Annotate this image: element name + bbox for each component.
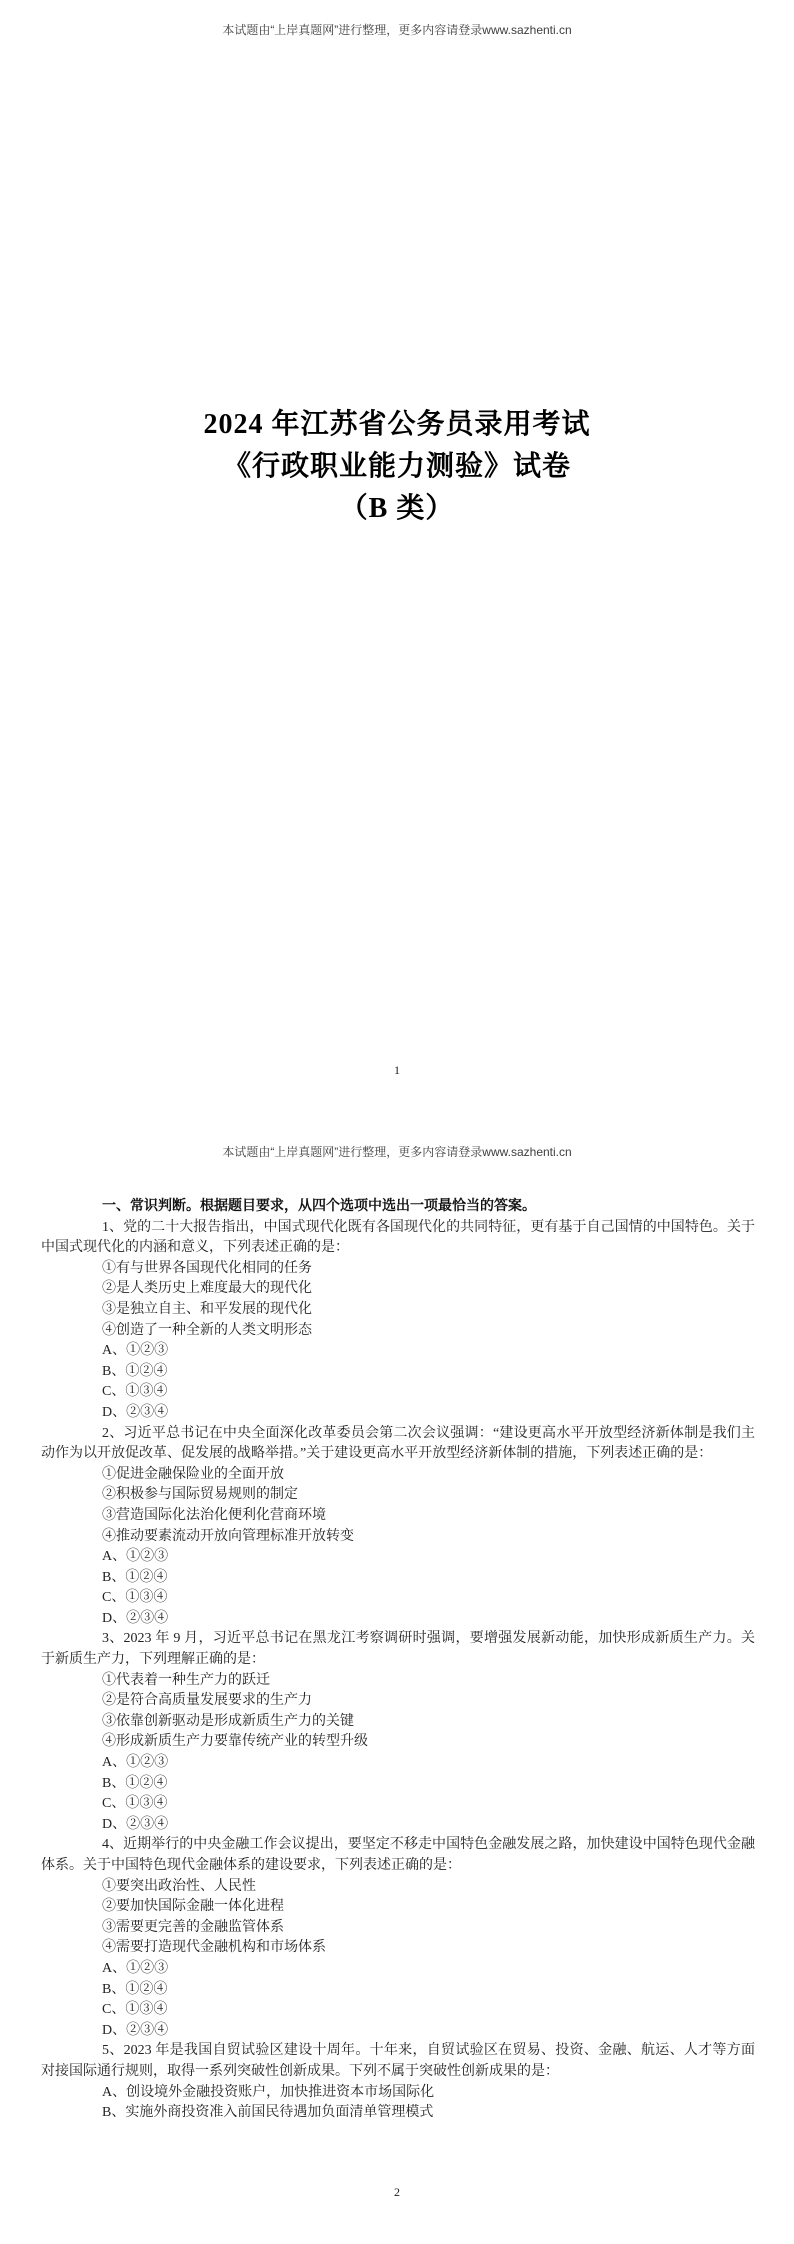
- question-3-option-b: B、①②④: [41, 1774, 755, 1795]
- page-number-2: 2: [0, 2184, 794, 2200]
- question-2-option-b: B、①②④: [41, 1568, 755, 1589]
- question-4-stem: 4、近期举行的中央金融工作会议提出，要坚定不移走中国特色金融发展之路，加快建设中…: [41, 1835, 755, 1876]
- question-3-statement-2: ②是符合高质量发展要求的生产力: [41, 1691, 755, 1712]
- question-2-statement-1: ①促进金融保险业的全面开放: [41, 1465, 755, 1486]
- question-2-statement-3: ③营造国际化法治化便利化营商环境: [41, 1506, 755, 1527]
- document-title: 2024 年江苏省公务员录用考试 《行政职业能力测验》试卷 （B 类）: [0, 404, 794, 530]
- section-heading: 一、常识判断。根据题目要求，从四个选项中选出一项最恰当的答案。: [41, 1197, 755, 1218]
- question-1-option-d: D、②③④: [41, 1403, 755, 1424]
- question-3-statement-1: ①代表着一种生产力的跃迁: [41, 1671, 755, 1692]
- question-3-statement-4: ④形成新质生产力要靠传统产业的转型升级: [41, 1732, 755, 1753]
- question-1-statement-2: ②是人类历史上难度最大的现代化: [41, 1279, 755, 1300]
- question-4-statement-2: ②要加快国际金融一体化进程: [41, 1897, 755, 1918]
- question-4-option-d: D、②③④: [41, 2021, 755, 2042]
- source-note: 本试题由“上岸真题网”进行整理，更多内容请登录www.sazhenti.cn: [0, 22, 794, 38]
- question-3-option-d: D、②③④: [41, 1815, 755, 1836]
- source-note-2: 本试题由“上岸真题网”进行整理，更多内容请登录www.sazhenti.cn: [0, 1144, 794, 1160]
- question-3-option-a: A、①②③: [41, 1753, 755, 1774]
- question-3-stem: 3、2023 年 9 月，习近平总书记在黑龙江考察调研时强调，要增强发展新动能，…: [41, 1629, 755, 1670]
- question-4-statement-3: ③需要更完善的金融监管体系: [41, 1918, 755, 1939]
- question-1-stem: 1、党的二十大报告指出，中国式现代化既有各国现代化的共同特征，更有基于自己国情的…: [41, 1218, 755, 1259]
- question-5-stem: 5、2023 年是我国自贸试验区建设十周年。十年来，自贸试验区在贸易、投资、金融…: [41, 2041, 755, 2082]
- question-2-statement-4: ④推动要素流动开放向管理标准开放转变: [41, 1527, 755, 1548]
- question-4-statement-1: ①要突出政治性、人民性: [41, 1877, 755, 1898]
- page-2: 本试题由“上岸真题网”进行整理，更多内容请登录www.sazhenti.cn 一…: [0, 1122, 794, 2244]
- question-1-statement-4: ④创造了一种全新的人类文明形态: [41, 1321, 755, 1342]
- page-number-1: 1: [0, 1062, 794, 1078]
- title-line-2: 《行政职业能力测验》试卷: [0, 446, 794, 488]
- question-1-option-b: B、①②④: [41, 1362, 755, 1383]
- question-5-option-a: A、创设境外金融投资账户，加快推进资本市场国际化: [41, 2083, 755, 2104]
- question-2-option-c: C、①③④: [41, 1588, 755, 1609]
- question-4-statement-4: ④需要打造现代金融机构和市场体系: [41, 1938, 755, 1959]
- question-1-option-c: C、①③④: [41, 1382, 755, 1403]
- exam-body: 一、常识判断。根据题目要求，从四个选项中选出一项最恰当的答案。 1、党的二十大报…: [41, 1197, 755, 2124]
- question-3-option-c: C、①③④: [41, 1794, 755, 1815]
- question-4-option-a: A、①②③: [41, 1959, 755, 1980]
- page-1: 本试题由“上岸真题网”进行整理，更多内容请登录www.sazhenti.cn 2…: [0, 0, 794, 1122]
- question-1-statement-3: ③是独立自主、和平发展的现代化: [41, 1300, 755, 1321]
- question-2-option-d: D、②③④: [41, 1609, 755, 1630]
- question-1-statement-1: ①有与世界各国现代化相同的任务: [41, 1259, 755, 1280]
- question-2-option-a: A、①②③: [41, 1547, 755, 1568]
- question-4-option-c: C、①③④: [41, 2000, 755, 2021]
- question-5-option-b: B、实施外商投资准入前国民待遇加负面清单管理模式: [41, 2103, 755, 2124]
- title-line-3: （B 类）: [0, 488, 794, 530]
- question-2-statement-2: ②积极参与国际贸易规则的制定: [41, 1485, 755, 1506]
- question-4-option-b: B、①②④: [41, 1980, 755, 2001]
- question-2-stem: 2、习近平总书记在中央全面深化改革委员会第二次会议强调：“建设更高水平开放型经济…: [41, 1424, 755, 1465]
- title-line-1: 2024 年江苏省公务员录用考试: [0, 404, 794, 446]
- question-3-statement-3: ③依靠创新驱动是形成新质生产力的关键: [41, 1712, 755, 1733]
- question-1-option-a: A、①②③: [41, 1341, 755, 1362]
